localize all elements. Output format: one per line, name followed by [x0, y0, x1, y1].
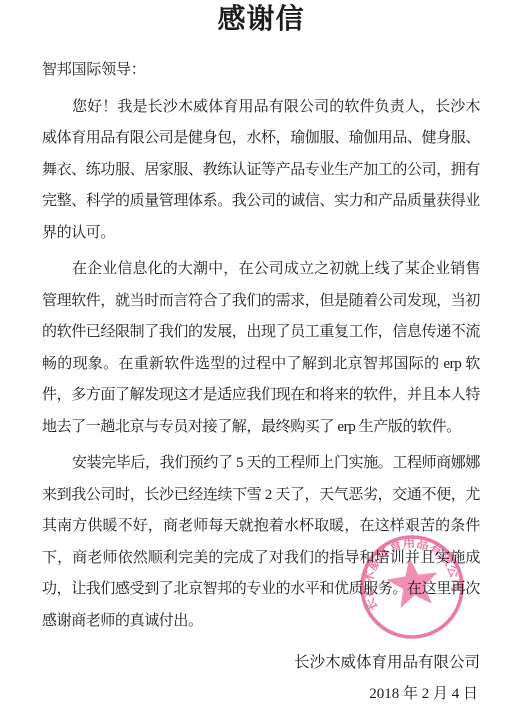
company-seal-stamp-icon: 长沙木威体育用品有限公司 — [352, 527, 472, 647]
salutation: 智邦国际领导： — [42, 55, 480, 87]
paragraph-2: 在企业信息化的大潮中，在公司成立之初就上线了某企业销售管理软件，就当时而言符合了… — [42, 254, 480, 443]
seal-star-icon — [384, 554, 442, 610]
signature-date: 2018 年 2 月 4 日 — [42, 679, 480, 707]
thank-you-letter-page: 感谢信 智邦国际领导： 您好！我是长沙木威体育用品有限公司的软件负责人，长沙木威… — [0, 0, 526, 707]
letter-title: 感谢信 — [42, 5, 480, 34]
paragraph-1: 您好！我是长沙木威体育用品有限公司的软件负责人，长沙木威体育用品有限公司是健身包… — [42, 92, 480, 250]
signature-company: 长沙木威体育用品有限公司 — [42, 647, 480, 679]
